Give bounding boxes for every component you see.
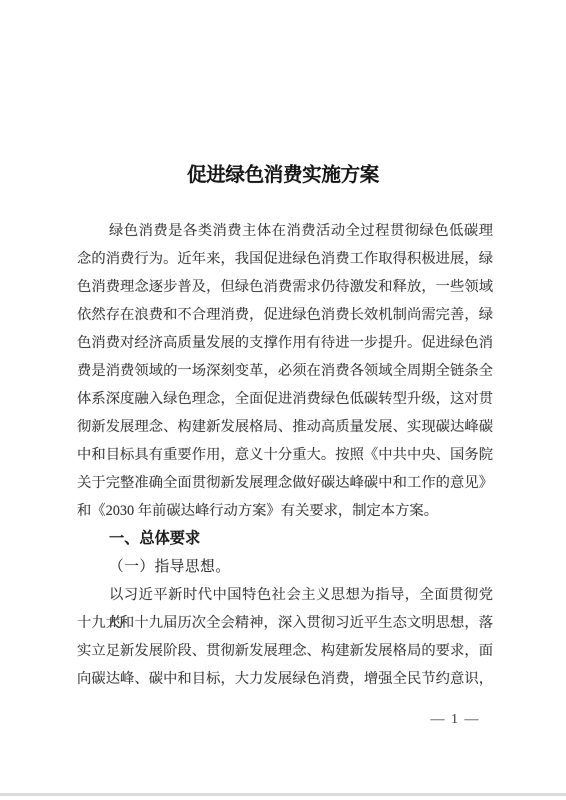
body-text-line: 关于完整准确全面贯彻新发展理念做好碳达峰碳中和工作的意见》: [77, 469, 493, 497]
body-text-line: 费是消费领域的一场深刻变革，必须在消费各领域全周期全链条全: [77, 357, 493, 385]
sub-heading: （一）指导思想。: [77, 553, 493, 581]
body-text-line: 和《2030 年前碳达峰行动方案》有关要求，制定本方案。: [77, 497, 493, 525]
body-text-line: 色消费理念逐步普及，但绿色消费需求仍待激发和释放，一些领域: [77, 273, 493, 301]
body-text-line: 绿色消费是各类消费主体在消费活动全过程贯彻绿色低碳理: [77, 217, 493, 245]
body-text-line: 中和目标具有重要作用，意义十分重大。按照《中共中央、国务院: [77, 441, 493, 469]
document-page: 促进绿色消费实施方案 绿色消费是各类消费主体在消费活动全过程贯彻绿色低碳理 念的…: [0, 0, 566, 800]
body-text-line: 色消费对经济高质量发展的支撑作用有待进一步提升。促进绿色消: [77, 329, 493, 357]
body-text-line: 念的消费行为。近年来，我国促进绿色消费工作取得积极进展，绿: [77, 245, 493, 273]
body-text-line: 彻新发展理念、构建新发展格局、推动高质量发展、实现碳达峰碳: [77, 413, 493, 441]
scan-edge-divider: [0, 793, 566, 796]
body-text-line: 十九大和十九届历次全会精神，深入贯彻习近平生态文明思想，落: [77, 609, 493, 637]
body-text-line: 依然存在浪费和不合理消费，促进绿色消费长效机制尚需完善，绿: [77, 301, 493, 329]
section-heading: 一、总体要求: [77, 525, 493, 553]
document-title: 促进绿色消费实施方案: [0, 159, 566, 187]
body-text-line: 体系深度融入绿色理念，全面促进消费绿色低碳转型升级，这对贯: [77, 385, 493, 413]
page-number: — 1 —: [431, 712, 481, 728]
body-text-line: 向碳达峰、碳中和目标，大力发展绿色消费，增强全民节约意识，: [77, 665, 493, 693]
body-text-line: 以习近平新时代中国特色社会主义思想为指导，全面贯彻党的: [77, 581, 493, 609]
document-body: 绿色消费是各类消费主体在消费活动全过程贯彻绿色低碳理 念的消费行为。近年来，我国…: [77, 217, 493, 693]
body-text-line: 实立足新发展阶段、贯彻新发展理念、构建新发展格局的要求，面: [77, 637, 493, 665]
